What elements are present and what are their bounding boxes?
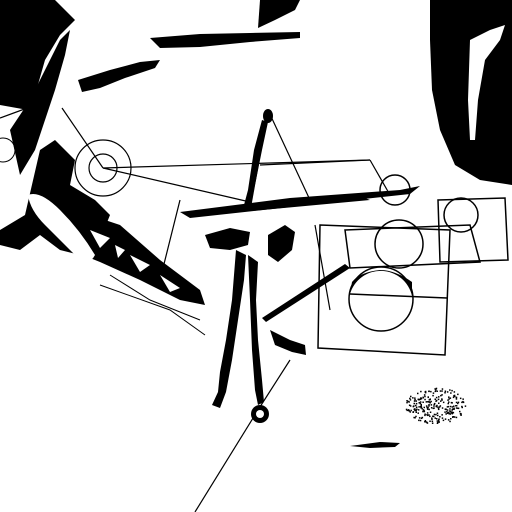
drawing-svg — [0, 0, 512, 512]
abstract-drawing — [0, 0, 512, 512]
small-joint-circle — [256, 410, 264, 418]
